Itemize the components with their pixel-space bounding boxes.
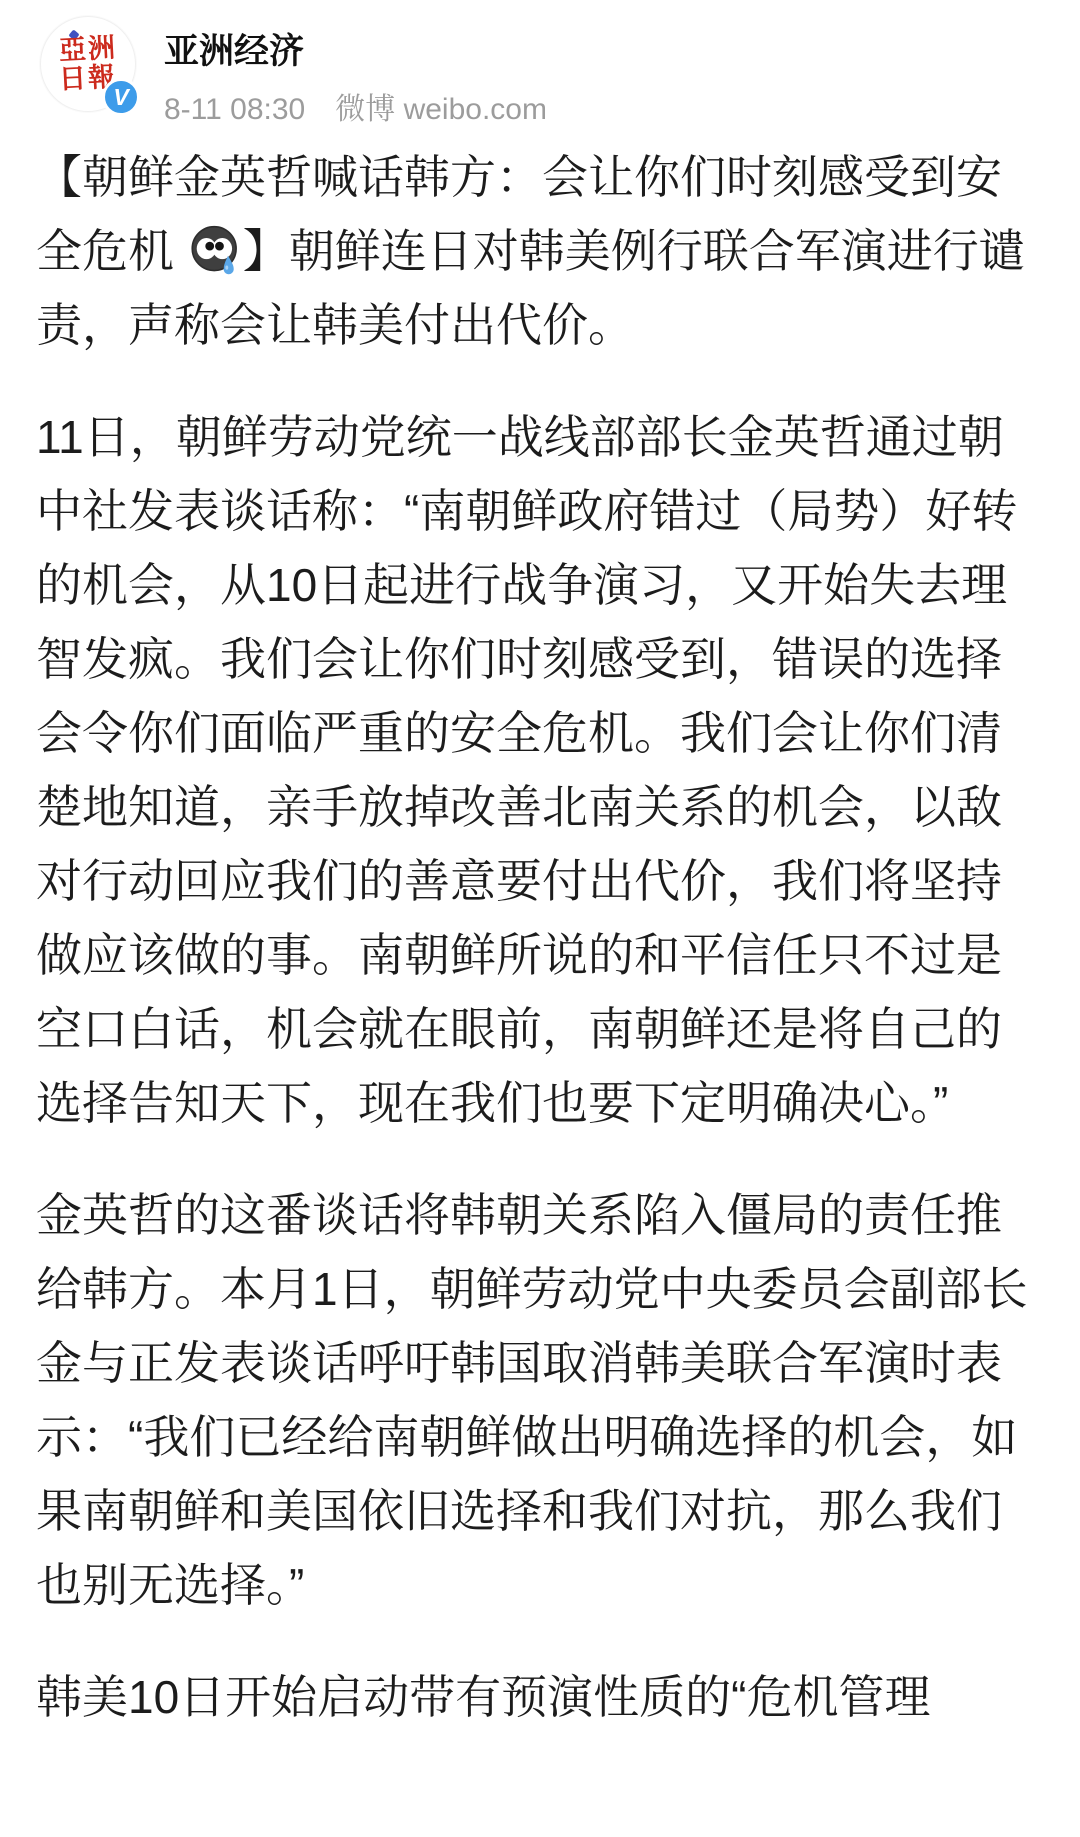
paragraph-4: 韩美10日开始启动带有预演性质的“危机管理 — [36, 1660, 1044, 1734]
paragraph-1: 【朝鲜金英哲喊话韩方：会让你们时刻感受到安全危机 】朝鲜连日对韩美例行联合军演进… — [36, 140, 1044, 362]
avatar[interactable]: 亞洲 日報 V — [40, 16, 136, 112]
post-body: 【朝鲜金英哲喊话韩方：会让你们时刻感受到安全危机 】朝鲜连日对韩美例行联合军演进… — [0, 122, 1080, 1734]
verified-badge-icon: V — [102, 78, 140, 116]
source-label[interactable]: 微博 weibo.com — [335, 93, 547, 126]
account-name[interactable]: 亚洲经济 — [164, 24, 547, 74]
avatar-logo-line1: 亞洲 — [58, 34, 117, 66]
dark-face-tear-emoji — [189, 225, 241, 277]
header-text-block: 亚洲经济 8-11 08:30微博 weibo.com — [164, 16, 547, 128]
paragraph-3: 金英哲的这番谈话将韩朝关系陷入僵局的责任推给韩方。本月1日，朝鲜劳动党中央委员会… — [36, 1178, 1044, 1622]
post-meta: 8-11 08:30微博 weibo.com — [164, 84, 547, 128]
post-header: 亞洲 日報 V 亚洲经济 8-11 08:30微博 weibo.com — [0, 0, 1080, 122]
paragraph-2: 11日，朝鲜劳动党统一战线部部长金英哲通过朝中社发表谈话称：“南朝鲜政府错过（局… — [36, 400, 1044, 1140]
weibo-post-card: 亞洲 日報 V 亚洲经济 8-11 08:30微博 weibo.com 【朝鲜金… — [0, 0, 1080, 1837]
timestamp: 8-11 08:30 — [164, 93, 305, 126]
